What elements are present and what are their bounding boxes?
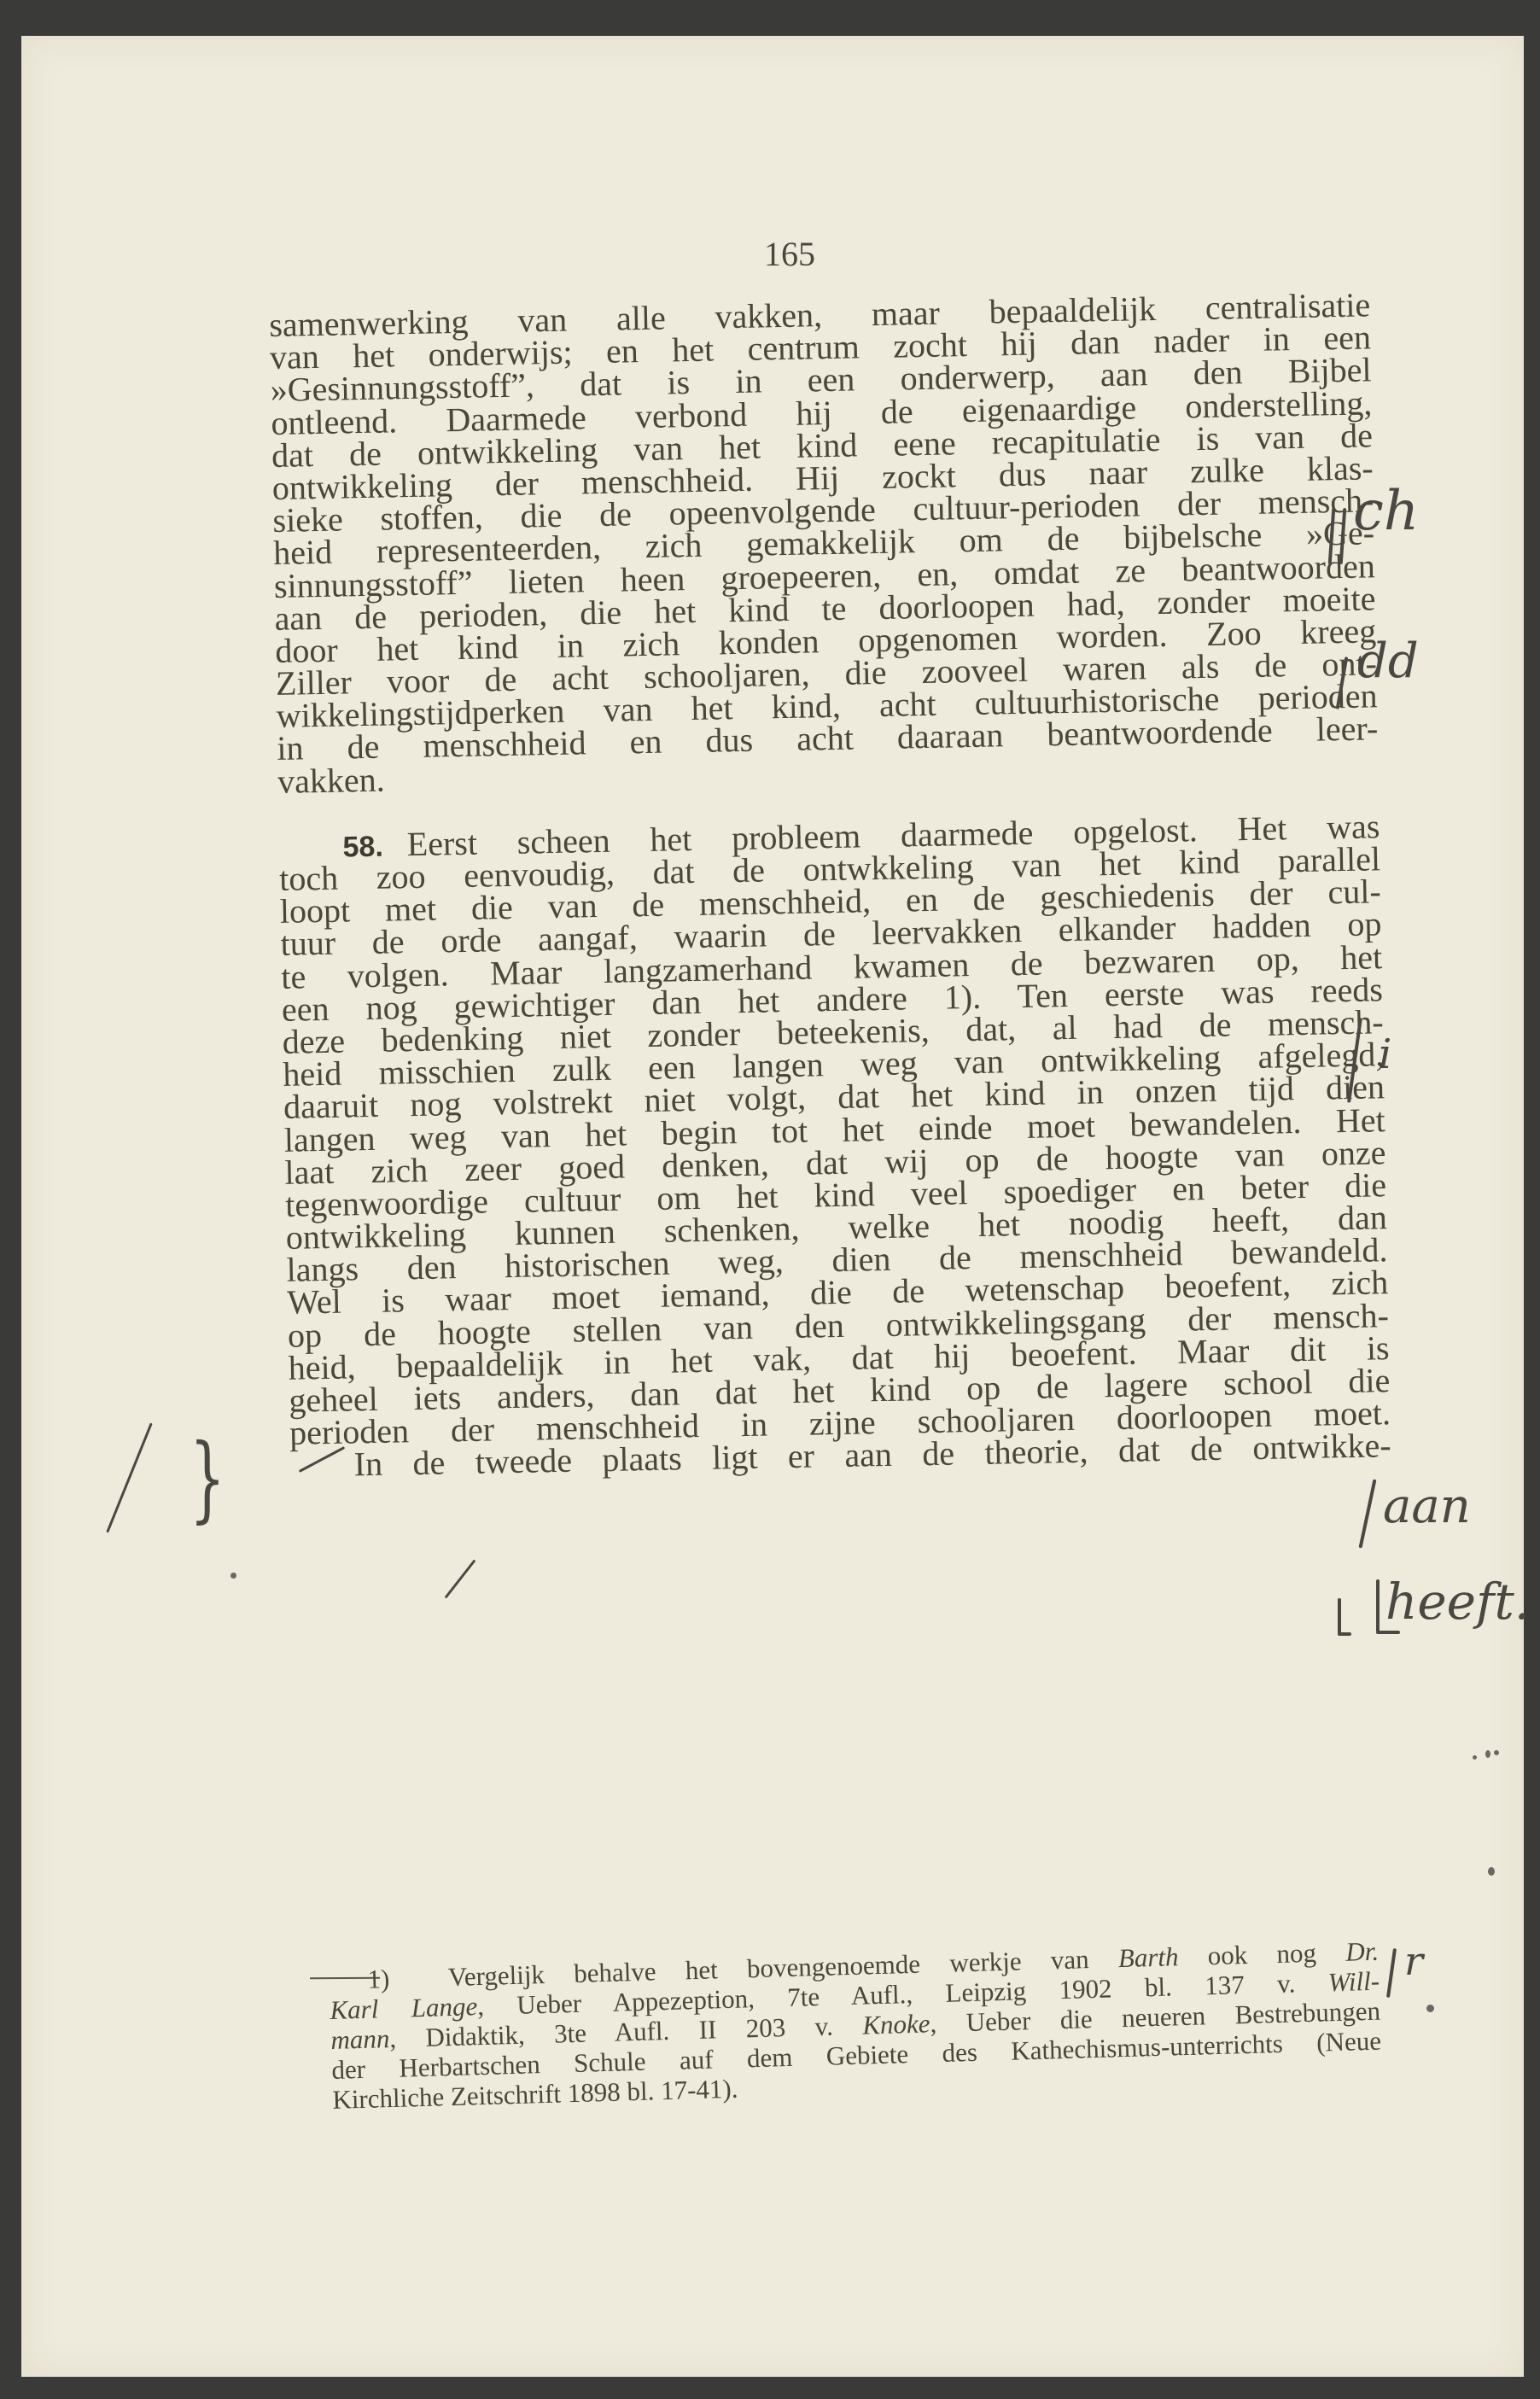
insert-mark <box>1376 1631 1400 1634</box>
footnote-text: ook nog <box>1178 1937 1346 1971</box>
handwritten-note: ch <box>1353 480 1419 543</box>
handwritten-note: dd <box>1357 633 1419 689</box>
slash-mark <box>106 1422 152 1532</box>
speck <box>1494 1750 1499 1755</box>
page-number: 165 <box>764 234 815 274</box>
speck <box>230 1573 236 1579</box>
body-text: samenwerking van alle vakken, maar bepaa… <box>269 289 1391 1482</box>
footnote: 1) Vergelijk behalve het bovengenoemde w… <box>329 1936 1382 2115</box>
footnote-author: Karl Lange <box>330 1991 478 2025</box>
insert-mark <box>1376 1579 1380 1632</box>
footnote-author: mann <box>330 2023 390 2055</box>
footnote-author: Knoke <box>862 2008 930 2040</box>
insert-mark <box>1338 1632 1351 1636</box>
handwritten-note: i <box>1379 1030 1391 1078</box>
strike-om <box>445 1560 476 1599</box>
handwritten-note: r <box>1404 1938 1423 1984</box>
speck <box>1473 1755 1477 1760</box>
footnote-author: Dr. <box>1345 1936 1380 1967</box>
footnote-author: Will- <box>1327 1966 1380 1998</box>
footnote-author: Barth <box>1117 1941 1179 1973</box>
delete-mark: } <box>190 1423 225 1532</box>
bar-mark <box>1359 1479 1377 1548</box>
speck <box>1485 1750 1490 1758</box>
speck <box>1426 2005 1434 2012</box>
speck <box>1488 1867 1495 1876</box>
document-page: 165 samenwerking van alle vakken, maar b… <box>21 36 1524 2377</box>
insert-mark <box>1338 1598 1341 1634</box>
bar-mark <box>1386 1948 1397 1998</box>
handwritten-note: heeft. <box>1385 1573 1530 1631</box>
handwritten-note: aan <box>1383 1479 1471 1534</box>
footnote-marker: 1) <box>367 1964 390 1994</box>
